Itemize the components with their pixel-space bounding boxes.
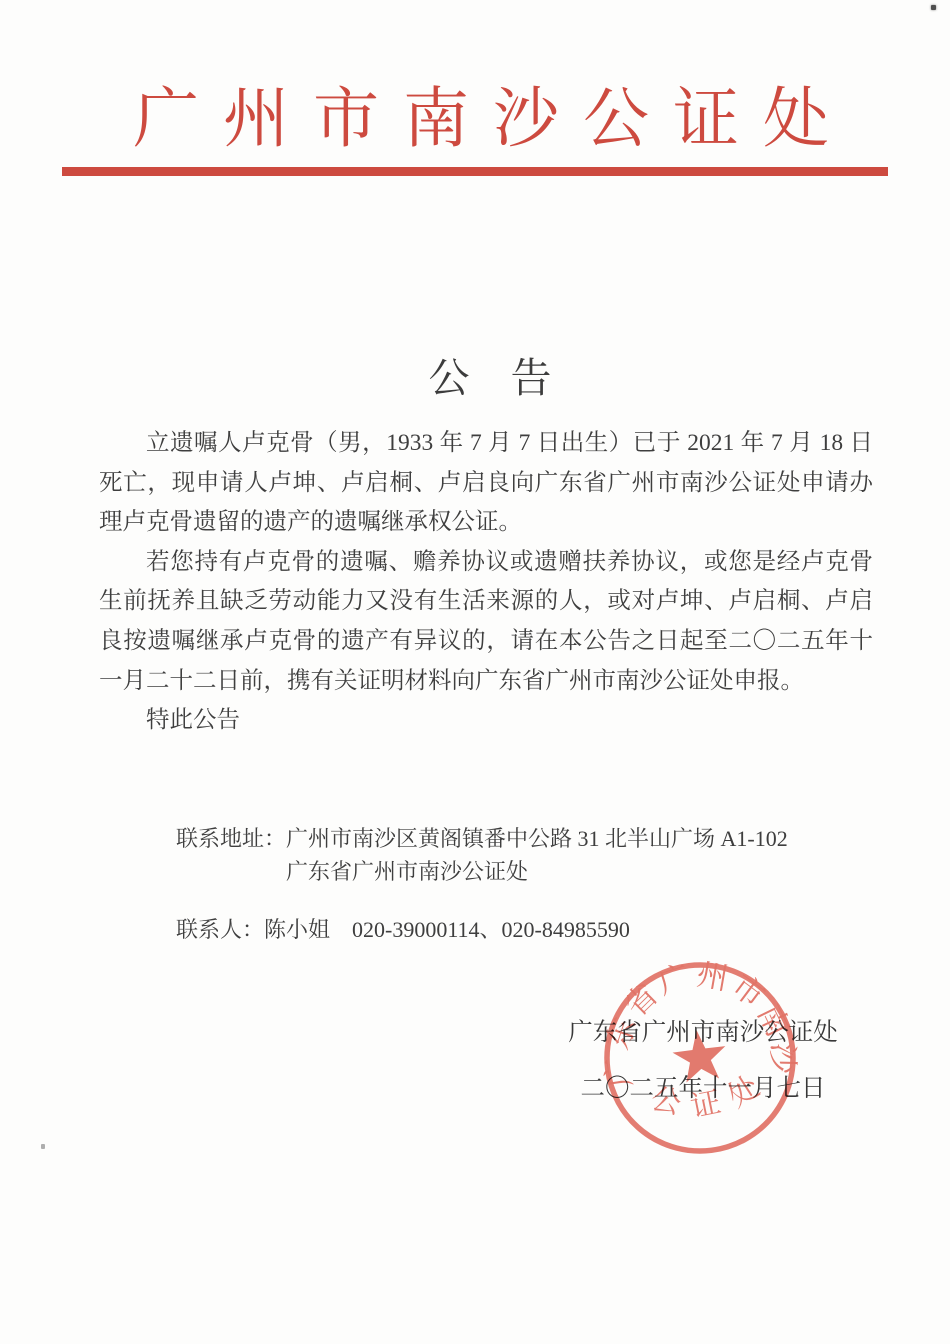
seal-ring-text-container: 广东省广州市南沙 <box>590 948 804 1101</box>
scan-artifact-dot <box>931 5 936 10</box>
contact-address-lines: 广州市南沙区黄阁镇番中公路 31 北半山广场 A1-102 广东省广州市南沙公证… <box>286 822 788 888</box>
contact-person-line: 联系人：陈小姐 020-39000114、020-84985590 <box>176 913 788 946</box>
contact-address-row: 联系地址： 广州市南沙区黄阁镇番中公路 31 北半山广场 A1-102 广东省广… <box>176 822 788 888</box>
contact-block: 联系地址： 广州市南沙区黄阁镇番中公路 31 北半山广场 A1-102 广东省广… <box>176 822 788 946</box>
notice-title: 公 告 <box>15 345 950 404</box>
notice-closing: 特此公告 <box>99 701 873 741</box>
contact-address-line-1: 广州市南沙区黄阁镇番中公路 31 北半山广场 A1-102 <box>286 822 788 855</box>
notary-notice-document: 广州市南沙公证处 公 告 立遗嘱人卢克骨（男，1933 年 7 月 7 日出生）… <box>0 0 950 1344</box>
contact-address-label: 联系地址： <box>176 822 286 855</box>
notice-paragraph-1: 立遗嘱人卢克骨（男，1933 年 7 月 7 日出生）已于 2021 年 7 月… <box>99 424 873 543</box>
notice-paragraph-2: 若您持有卢克骨的遗嘱、赡养协议或遗赠扶养协议，或您是经卢克骨生前抚养且缺乏劳动能… <box>99 543 873 701</box>
contact-address-line-2: 广东省广州市南沙公证处 <box>286 855 788 888</box>
seal-ring-text: 广东省广州市南沙 <box>590 948 804 1101</box>
notary-seal: 广东省广州市南沙 公证处 <box>590 948 810 1168</box>
seal-star-icon <box>670 1027 729 1084</box>
notice-body: 立遗嘱人卢克骨（男，1933 年 7 月 7 日出生）已于 2021 年 7 月… <box>99 424 873 741</box>
letterhead-title: 广州市南沙公证处 <box>0 84 950 156</box>
letterhead-divider <box>62 167 888 176</box>
scan-artifact-speck <box>41 1144 45 1149</box>
